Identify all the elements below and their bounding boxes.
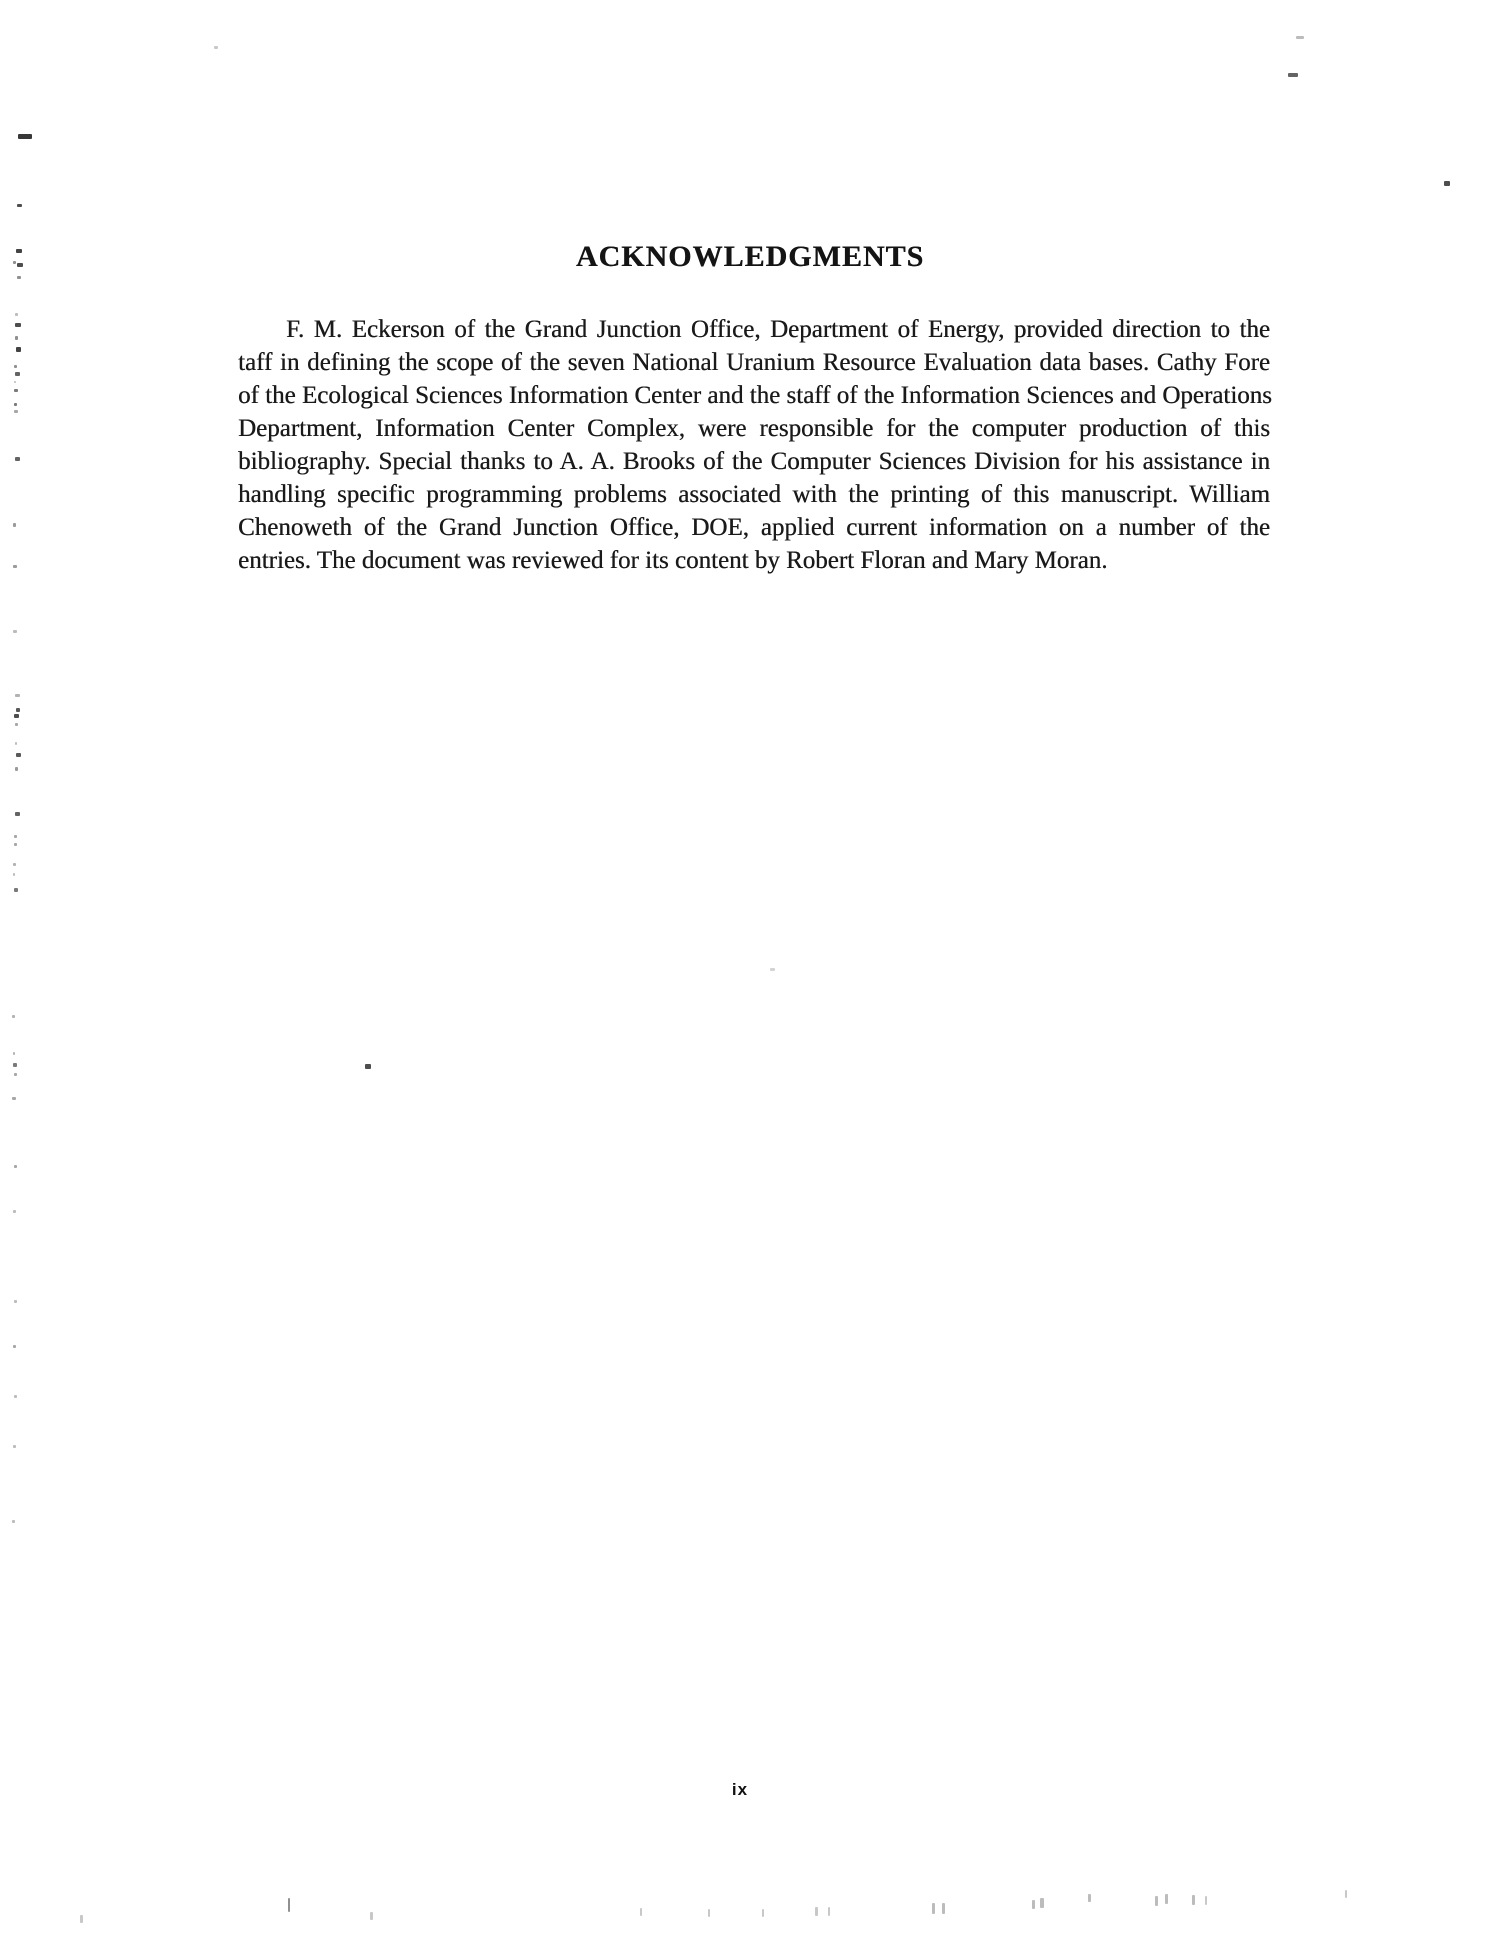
page-number: ix	[700, 1780, 780, 1800]
scan-speckle	[14, 410, 18, 413]
scan-speckle	[13, 523, 16, 527]
scan-speckle	[13, 630, 17, 633]
scan-speckle	[1192, 1895, 1195, 1905]
scan-speckle	[762, 1909, 764, 1917]
scan-speckle	[370, 1912, 373, 1920]
scan-speckle	[932, 1903, 935, 1914]
scan-speckle	[12, 1097, 16, 1100]
scan-speckle	[14, 1300, 17, 1303]
scan-speckle	[15, 323, 21, 327]
scan-speckle	[14, 835, 17, 838]
text-line: of the Ecological Sciences Information C…	[238, 379, 1270, 412]
scan-speckle	[12, 1015, 15, 1018]
scan-speckle	[15, 742, 17, 745]
text-line: Chenoweth of the Grand Junction Office, …	[238, 511, 1270, 544]
scan-speckle	[13, 1445, 16, 1448]
scan-speckle	[288, 1898, 290, 1912]
scan-speckle	[14, 403, 17, 406]
scan-speckle	[365, 1064, 371, 1069]
scan-speckle	[14, 888, 18, 892]
scan-speckle	[14, 365, 17, 368]
scan-speckle	[1205, 1896, 1207, 1905]
scan-speckle	[13, 1052, 15, 1055]
scan-speckle	[14, 714, 19, 718]
scan-speckle	[15, 723, 18, 726]
text-line: taff in defining the scope of the seven …	[238, 346, 1270, 379]
scan-speckle	[14, 381, 16, 383]
scan-speckle	[1155, 1896, 1158, 1906]
scan-speckle	[214, 46, 218, 49]
scan-speckle	[942, 1903, 945, 1914]
scan-speckle	[15, 767, 18, 771]
scan-speckle	[815, 1907, 818, 1916]
scan-speckle	[16, 249, 22, 253]
text-line: entries. The document was reviewed for i…	[238, 544, 1270, 577]
scan-speckle	[1088, 1894, 1091, 1902]
scan-speckle	[1296, 36, 1304, 39]
scan-speckle	[15, 336, 18, 340]
scan-speckle	[14, 1073, 17, 1076]
text-line: bibliography. Special thanks to A. A. Br…	[238, 445, 1270, 478]
scan-speckle	[1288, 73, 1298, 77]
scan-speckle	[16, 347, 21, 352]
scan-speckle	[13, 261, 16, 264]
scan-speckle	[1040, 1898, 1044, 1908]
scan-speckle	[708, 1909, 710, 1917]
scan-speckle	[15, 457, 20, 461]
scan-speckle	[15, 812, 20, 816]
acknowledgments-paragraph: F. M. Eckerson of the Grand Junction Off…	[238, 313, 1270, 577]
text-line: Department, Information Center Complex, …	[238, 412, 1270, 445]
scan-speckle	[17, 204, 22, 207]
scan-speckle	[640, 1908, 642, 1916]
text-line: F. M. Eckerson of the Grand Junction Off…	[238, 313, 1270, 346]
scan-speckle	[1444, 181, 1450, 186]
scan-speckle	[80, 1915, 83, 1923]
scan-speckle	[12, 1520, 15, 1523]
scan-speckle	[17, 276, 21, 279]
scan-speckle	[13, 863, 16, 866]
page-title: ACKNOWLEDGMENTS	[0, 240, 1500, 274]
scan-speckle	[14, 843, 17, 846]
scan-speckle	[1032, 1900, 1035, 1909]
scan-speckle	[18, 134, 32, 139]
text-line: handling specific programming problems a…	[238, 478, 1270, 511]
scan-speckle	[14, 1395, 17, 1398]
scan-speckle	[15, 313, 18, 316]
scan-speckle	[13, 1210, 16, 1213]
scan-speckle	[13, 1345, 16, 1348]
scan-speckle	[15, 694, 20, 697]
scan-speckle	[1165, 1894, 1168, 1904]
scan-speckle	[14, 1165, 17, 1168]
scan-speckle	[13, 1063, 17, 1067]
scan-speckle	[14, 389, 18, 392]
scan-speckle	[1345, 1890, 1347, 1898]
scan-speckle	[828, 1907, 830, 1916]
scan-speckle	[16, 708, 20, 712]
scan-speckle	[13, 873, 15, 876]
scan-speckle	[16, 753, 21, 757]
scan-speckle	[17, 263, 23, 267]
scan-speckle	[15, 372, 20, 376]
scanned-document-page: ACKNOWLEDGMENTS F. M. Eckerson of the Gr…	[0, 0, 1500, 1946]
scan-speckle	[13, 565, 17, 568]
scan-speckle	[770, 968, 775, 971]
